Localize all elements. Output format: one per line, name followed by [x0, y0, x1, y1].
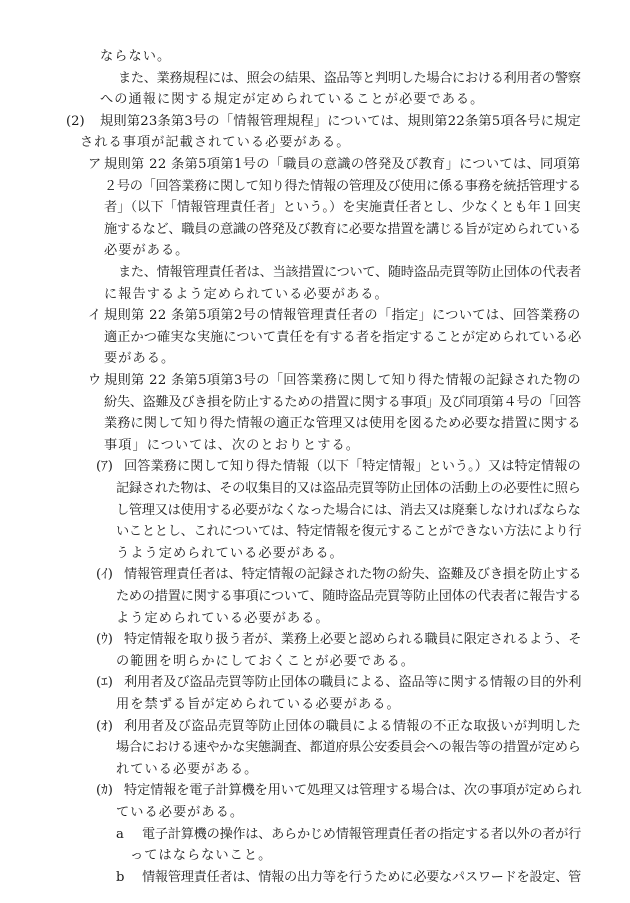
document-page: ならない。また、業務規程には、照会の結果、盗品等と判明した場合における利用者の警…: [0, 0, 630, 903]
text-line: 電子計算機の操作は、あらかじめ情報管理責任者の指定する者以外の者が行: [142, 825, 581, 845]
text-line: よう定められている必要がある。: [116, 609, 581, 629]
text-line: 規則第 22 条第5項第1号の「職員の意識の啓発及び教育」については、同項第: [104, 155, 581, 175]
item-label: (ｱ): [96, 457, 113, 477]
text-line: ている必要がある。: [116, 803, 581, 823]
text-line: 必要がある。: [104, 241, 581, 261]
item-label: (ｶ): [96, 781, 113, 801]
text-line: 事項」については、次のとおりとする。: [104, 436, 581, 456]
text-line: いこととし、これについては、特定情報を復元することができない方法により行: [116, 522, 581, 542]
text-line: 要がある。: [104, 349, 581, 369]
item-label: ア: [88, 155, 101, 175]
text-line: 利用者及び盗品売買等防止団体の職員による、盗品等に関する情報の目的外利: [124, 673, 581, 693]
text-line: 場合における速やかな実態調査、都道府県公安委員会への報告等の措置が定めら: [116, 738, 581, 758]
text-line: れている必要がある。: [116, 760, 581, 780]
text-line: また、情報管理責任者は、当該措置について、随時盗品売買等防止団体の代表者: [118, 263, 581, 283]
text-line: また、業務規程には、照会の結果、盗品等と判明した場合における利用者の警察: [118, 69, 581, 89]
text-line: 規則第 22 条第5項第3号の「回答業務に関して知り得た情報の記録された物の: [104, 371, 581, 391]
text-line: 特定情報を電子計算機を用いて処理又は管理する場合は、次の事項が定められ: [124, 781, 581, 801]
text-line: ってはならないこと。: [130, 846, 581, 866]
text-line: に報告するよう定められている必要がある。: [104, 285, 581, 305]
text-line: うよう定められている必要がある。: [116, 544, 581, 564]
text-line: 適正かつ確実な実施について責任を有する者を指定することが定められている必: [104, 328, 581, 348]
text-line: ための措置に関する事項について、随時盗品売買等防止団体の代表者に報告する: [116, 587, 581, 607]
item-label: ウ: [88, 371, 101, 391]
item-label: (ｴ): [96, 673, 113, 693]
text-line: 紛失、盗難及びき損を防止するための措置に関する事項」及び同項第４号の「回答: [104, 393, 581, 413]
item-label: b: [116, 868, 124, 888]
item-label: (2): [66, 112, 85, 132]
item-label: (ｳ): [96, 630, 113, 650]
text-line: 記録された物は、その収集目的又は盗品売買等防止団体の活動上の必要性に照ら: [116, 479, 581, 499]
item-label: イ: [88, 306, 101, 326]
text-line: される事項が記載されている必要がある。: [80, 133, 581, 153]
text-line: 規則第 22 条第5項第2号の情報管理責任者の「指定」については、回答業務の: [104, 306, 581, 326]
text-line: 回答業務に関して知り得た情報（以下「特定情報」という。）又は特定情報の: [124, 457, 581, 477]
text-line: 規則第23条第3号の「情報管理規程」については、規則第22条第5項各号に規定: [100, 112, 581, 132]
text-line: 施するなど、職員の意識の啓発及び教育に必要な措置を講じる旨が定められている: [104, 220, 581, 240]
text-line: の範囲を明らかにしておくことが必要である。: [116, 652, 581, 672]
text-line: 特定情報を取り扱う者が、業務上必要と認められる職員に限定されるよう、そ: [124, 630, 581, 650]
text-line: 用を禁ずる旨が定められている必要がある。: [116, 695, 581, 715]
item-label: a: [116, 825, 124, 845]
text-line: 情報管理責任者は、特定情報の記録された物の紛失、盗難及びき損を防止する: [124, 565, 581, 585]
text-line: ならない。: [100, 47, 581, 67]
text-line: 業務に関して知り得た情報の適正な管理又は使用を図るため必要な措置に関する: [104, 414, 581, 434]
text-line: し管理又は使用する必要がなくなった場合には、消去又は廃棄しなければならな: [116, 501, 581, 521]
item-label: (ｲ): [96, 565, 113, 585]
text-line: 情報管理責任者は、情報の出力等を行うために必要なパスワードを設定、管: [142, 868, 581, 888]
text-line: 利用者及び盗品売買等防止団体の職員による情報の不正な取扱いが判明した: [124, 717, 581, 737]
item-label: (ｵ): [96, 717, 113, 737]
text-line: 者」（以下「情報管理責任者」という。）を実施責任者とし、少なくとも年１回実: [104, 198, 581, 218]
text-line: ２号の「回答業務に関して知り得た情報の管理及び使用に係る事務を統括管理する: [104, 177, 581, 197]
text-line: への通報に関する規定が定められていることが必要である。: [100, 90, 581, 110]
